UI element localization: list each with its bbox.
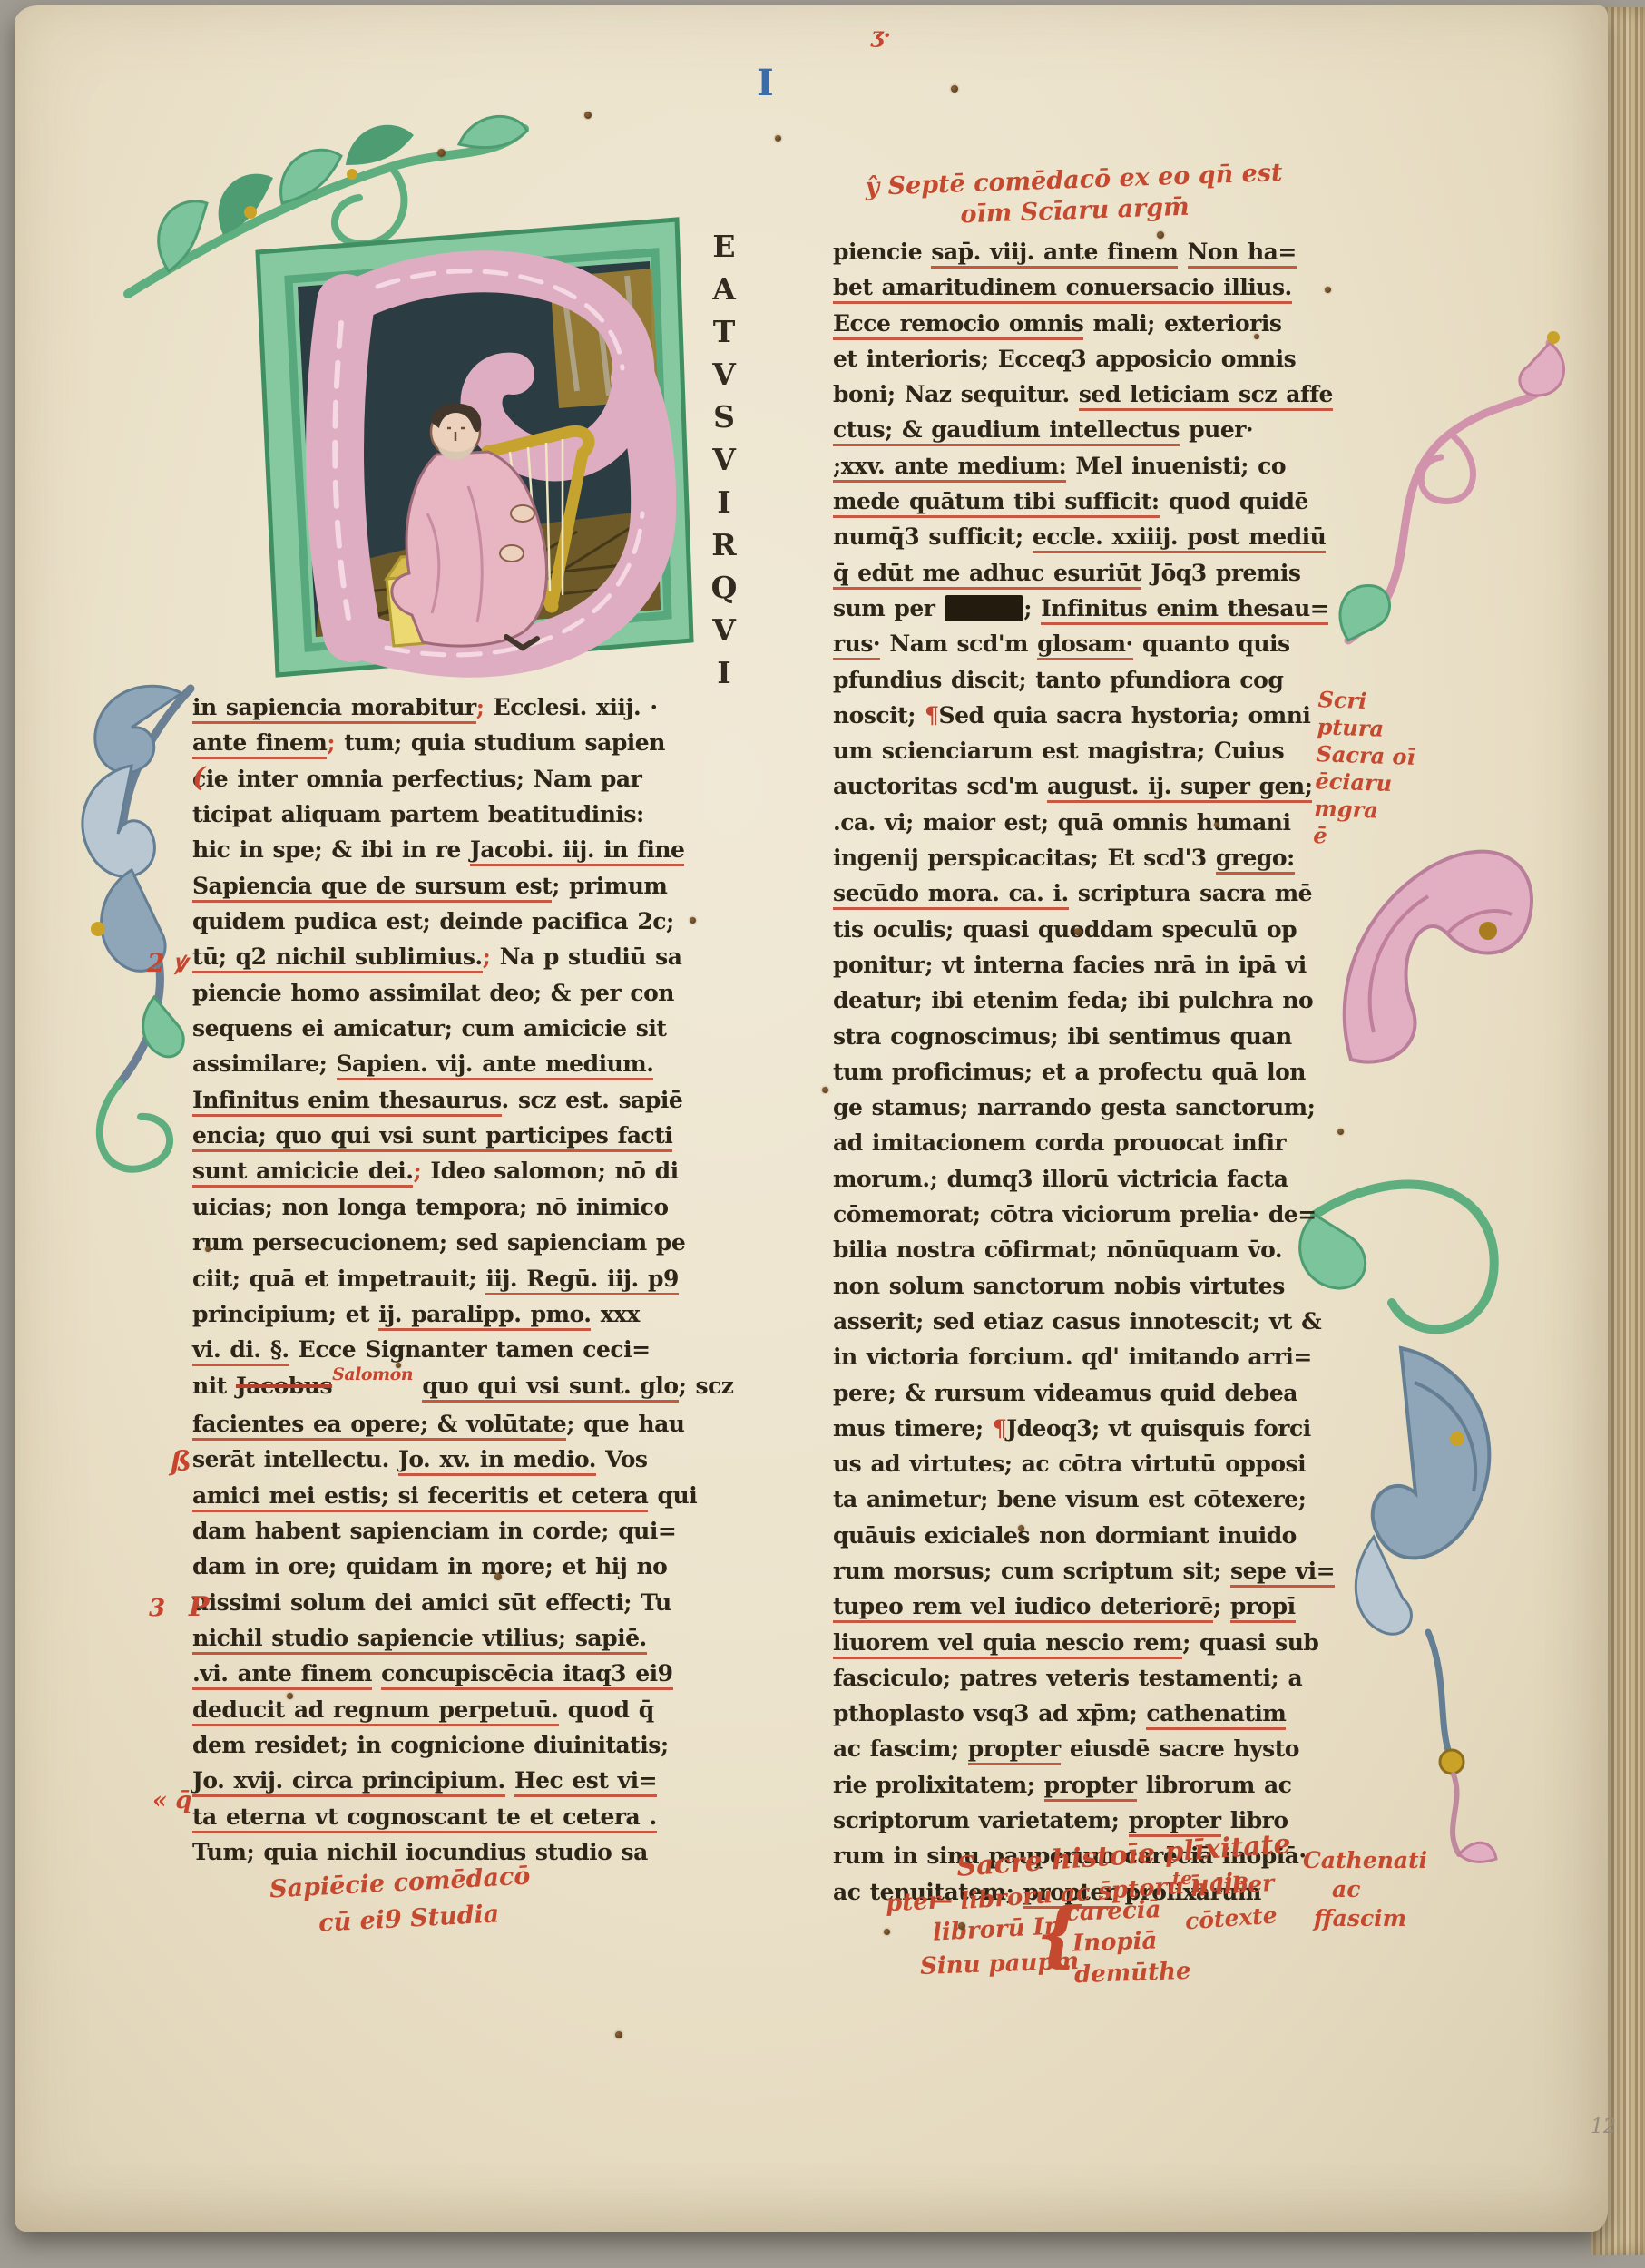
- text-line: et interioris; Ecceq3 apposicio omnis: [833, 341, 1386, 376]
- text-line: dem residet; in cognicione diuinitatis;: [192, 1727, 746, 1763]
- text-line: boni; Naz sequitur. sed leticiam scz aff…: [833, 376, 1386, 412]
- text-line: bilia nostra cōfirmat; nōnūquam v̄o.: [833, 1232, 1386, 1267]
- text-line: deducit ad regnum perpetuū. quod q̄: [192, 1692, 746, 1727]
- vertical-letter: A: [700, 268, 748, 310]
- margin-note-scriptura: Scri ptura Sacra oī ēciaru mgra ē: [1313, 686, 1417, 853]
- text-line: encia; quo qui vsi sunt participes facti: [192, 1118, 746, 1153]
- text-line: asserit; sed etiaz casus innotescit; vt …: [833, 1304, 1386, 1339]
- margin-note-line: ēciaru: [1315, 767, 1415, 798]
- wormhole-dot: [690, 917, 696, 924]
- wormhole-dot: [1018, 1525, 1024, 1531]
- text-line: piencie homo assimilat deo; & per con: [192, 975, 746, 1011]
- text-line: ta eterna vt cognoscant te et cetera .: [192, 1799, 746, 1834]
- margin-rubric-mark: P: [189, 1591, 210, 1623]
- margin-rubric-mark: (: [192, 762, 205, 794]
- folio-number: I: [757, 62, 774, 104]
- text-line: ctus; & gaudium intellectus puer·: [833, 412, 1386, 447]
- wormhole-dot: [1337, 1129, 1344, 1135]
- margin-note-line: ptura: [1317, 713, 1416, 744]
- text-line: tum proficimus; et a profectu quā lon: [833, 1054, 1386, 1090]
- wormhole-dot: [1214, 822, 1219, 827]
- vertical-letter: Q: [700, 566, 748, 609]
- text-line: scriptorum varietatem; propter libro: [833, 1803, 1386, 1838]
- margin-rubric-mark: ß: [171, 1446, 191, 1478]
- wormhole-dot: [884, 1929, 890, 1935]
- text-line: ingenij perspicacitas; Et scd'3 grego:: [833, 840, 1386, 875]
- vertical-letter: V: [700, 353, 748, 396]
- margin-note-sapiencie: Sapiēcie comēdacō cū ei9 Studia: [269, 1859, 533, 1945]
- wormhole-dot: [437, 149, 446, 157]
- text-line: ge stamus; narrando gesta sanctorum;: [833, 1090, 1386, 1125]
- text-line: Sapiencia que de sursum est; primum: [192, 868, 746, 904]
- text-line: tis oculis; quasi quoddam speculū op: [833, 912, 1386, 947]
- wormhole-dot: [1157, 231, 1164, 239]
- bottom-margin-note: ac: [1332, 1876, 1360, 1902]
- text-line: liuorem vel quia nescio rem; quasi sub: [833, 1625, 1386, 1660]
- margin-rubric-mark: 3: [149, 1595, 165, 1622]
- text-line: mede quātum tibi sufficit: quod quidē: [833, 484, 1386, 519]
- text-line: quidem pudica est; deinde pacifica 2c;: [192, 904, 746, 939]
- text-line: amici mei estis; si feceritis et cetera …: [192, 1478, 746, 1513]
- text-line: tupeo rem vel iudico deteriorē; propī: [833, 1589, 1386, 1624]
- wormhole-dot: [615, 2031, 622, 2038]
- text-line: pere; & rursum videamus quid debea: [833, 1375, 1386, 1411]
- left-text-column: in sapiencia morabitur; Ecclesi. xiij. ·…: [192, 689, 746, 1870]
- text-line: ;xxv. ante medium: Mel inuenisti; co: [833, 448, 1386, 484]
- margin-rubric-mark: ʒ·: [871, 22, 891, 48]
- text-line: uissimi solum dei amici sūt effecti; Tu: [192, 1585, 746, 1620]
- text-line: stra cognoscimus; ibi sentimus quan: [833, 1019, 1386, 1054]
- wormhole-dot: [287, 1693, 293, 1699]
- bottom-margin-note: cōtexte: [1184, 1901, 1278, 1934]
- text-line: ponitur; vt interna facies nrā in ipā vi: [833, 947, 1386, 982]
- wormhole-dot: [951, 85, 958, 93]
- text-line: piencie sap̄. viij. ante finem Non ha=: [833, 234, 1386, 269]
- margin-note-line: Sacra oī: [1316, 740, 1415, 771]
- initial-miniature-icon: [250, 214, 704, 686]
- text-line: sum per Saloēz; Infinitus enim thesau=: [833, 591, 1386, 626]
- initial-vertical-letters: EATVSVIRQVI: [700, 225, 748, 694]
- text-line: ad imitacionem corda prouocat infir: [833, 1125, 1386, 1160]
- vertical-letter: T: [700, 310, 748, 353]
- margin-note-line: Scri: [1317, 686, 1417, 717]
- text-line: serāt intellectu. Jo. xv. in medio. Vos: [192, 1442, 746, 1477]
- vertical-letter: I: [700, 481, 748, 523]
- text-line: morum.; dumq3 illorū victricia facta: [833, 1161, 1386, 1197]
- bottom-margin-note: Inopiā: [1072, 1927, 1158, 1957]
- text-line: rus· Nam scd'm glosam· quanto quis: [833, 626, 1386, 661]
- text-line: ta animetur; bene visum est cōtexere;: [833, 1481, 1386, 1517]
- margin-note-line: ē: [1313, 822, 1413, 853]
- vertical-letter: I: [700, 651, 748, 694]
- text-line: tū; q2 nichil sublimius.; Na p studiū sa: [192, 939, 746, 974]
- text-line: rum persecucionem; sed sapienciam pe: [192, 1225, 746, 1260]
- text-line: non solum sanctorum nobis virtutes: [833, 1268, 1386, 1304]
- text-line: hic in spe; & ibi in re Jacobi. iij. in …: [192, 832, 746, 867]
- wormhole-dot: [494, 1573, 502, 1580]
- text-line: in sapiencia morabitur; Ecclesi. xiij. ·: [192, 689, 746, 725]
- text-line: in victoria forcium. qd' imitando arri=: [833, 1339, 1386, 1374]
- text-line: rum morsus; cum scriptum sit; sepe vi=: [833, 1553, 1386, 1589]
- text-line: principium; et ij. paralipp. pmo. xxx: [192, 1296, 746, 1332]
- text-line: bet amaritudinem conuersacio illius.: [833, 269, 1386, 305]
- right-text-column: piencie sap̄. viij. ante finem Non ha=be…: [833, 234, 1386, 1910]
- text-line: pfundius discit; tanto pfundiora cog: [833, 662, 1386, 698]
- text-line: .vi. ante finem concupiscēcia itaq3 ei9: [192, 1656, 746, 1691]
- text-line: ac fascim; propter eiusdē sacre hysto: [833, 1731, 1386, 1766]
- text-line: dam habent sapienciam in corde; qui=: [192, 1513, 746, 1549]
- wormhole-dot: [822, 1087, 828, 1093]
- text-line: rie prolixitatem; propter librorum ac: [833, 1767, 1386, 1803]
- wormhole-dot: [396, 1363, 401, 1368]
- text-line: Jo. xvij. circa principium. Hec est vi=: [192, 1763, 746, 1798]
- text-line: numq̄3 sufficit; eccle. xxiiij. post med…: [833, 519, 1386, 554]
- bottom-margin-note: Cathenati: [1303, 1847, 1427, 1873]
- vertical-letter: R: [700, 523, 748, 566]
- manuscript-page: I ŷ Septē comēdacō ex eo qn̄ est oīm Scī…: [15, 5, 1608, 2232]
- text-line: Ecce remocio omnis mali; exterioris: [833, 306, 1386, 341]
- text-line: sunt amicicie dei.; Ideo salomon; nō di: [192, 1153, 746, 1188]
- text-line: auctoritas scd'm august. ij. super gen;: [833, 768, 1386, 804]
- text-line: cie inter omnia perfectius; Nam par: [192, 761, 746, 797]
- wormhole-dot: [1074, 928, 1082, 935]
- bottom-margin-note: —: [929, 1887, 953, 1914]
- text-line: facientes ea opere; & volūtate; que hau: [192, 1406, 746, 1442]
- text-line: uicias; non longa tempora; nō inimico: [192, 1189, 746, 1225]
- text-line: mus timere; ¶Jdeoq3; vt quisquis forci: [833, 1411, 1386, 1446]
- text-line: vi. di. §. Ecce Signanter tamen ceci=: [192, 1332, 746, 1367]
- text-line: nit JacobusSalomon quo qui vsi sunt. glo…: [192, 1368, 746, 1406]
- margin-note-line: mgra: [1314, 795, 1414, 826]
- bottom-margin-note: carēciā: [1065, 1896, 1161, 1927]
- vertical-letter: E: [700, 225, 748, 268]
- vertical-letter: V: [700, 609, 748, 651]
- text-line: .ca. vi; maior est; quā omnis humani: [833, 805, 1386, 840]
- wormhole-dot: [1254, 334, 1259, 339]
- text-line: pthoplasto vsq3 ad xp̄m; cathenatim: [833, 1696, 1386, 1731]
- text-line: us ad virtutes; ac cōtra virtutū opposi: [833, 1446, 1386, 1481]
- wormhole-dot: [584, 112, 592, 119]
- bottom-margin-note: demūthe: [1074, 1958, 1192, 1989]
- text-line: noscit; ¶Sed quia sacra hystoria; omni: [833, 698, 1386, 733]
- text-line: dam in ore; quidam in more; et hij no: [192, 1549, 746, 1584]
- text-line: nichil studio sapiencie vtilius; sapiē.: [192, 1620, 746, 1656]
- margin-rubric-mark: « q̄: [152, 1787, 191, 1814]
- text-line: secūdo mora. ca. i. scriptura sacra mē: [833, 875, 1386, 911]
- margin-rubric-mark: 2 ꝟ: [147, 945, 186, 980]
- bottom-margin-note: ffascim: [1314, 1905, 1406, 1931]
- vertical-letter: S: [700, 396, 748, 438]
- wormhole-dot: [958, 1922, 965, 1930]
- text-line: Infinitus enim thesaurus. scz est. sapiē: [192, 1082, 746, 1118]
- text-line: q̄ edūt me adhuc esuriūt Jōq3 premis: [833, 555, 1386, 591]
- text-line: sequens ei amicatur; cum amicicie sit: [192, 1011, 746, 1046]
- text-line: fasciculo; patres veteris testamenti; a: [833, 1660, 1386, 1696]
- text-line: um scienciarum est magistra; Cuius: [833, 733, 1386, 768]
- historiated-initial: [250, 214, 704, 686]
- vertical-letter: V: [700, 438, 748, 481]
- wormhole-dot: [775, 135, 781, 142]
- pencil-folio-mark: 12: [1591, 2116, 1616, 2138]
- text-line: ciit; quā et impetrauit; iij. Regū. iij.…: [192, 1261, 746, 1296]
- text-line: ante finem; tum; quia studium sapien: [192, 725, 746, 760]
- text-line: assimilare; Sapien. vij. ante medium.: [192, 1046, 746, 1081]
- wormhole-dot: [205, 1246, 211, 1252]
- text-line: ticipat aliquam partem beatitudinis:: [192, 797, 746, 832]
- text-line: quāuis exiciales non dormiant inuido: [833, 1518, 1386, 1553]
- text-line: deatur; ibi etenim feda; ibi pulchra no: [833, 982, 1386, 1018]
- wormhole-dot: [1325, 287, 1331, 293]
- text-line: cōmemorat; cōtra viciorum prelia· de=: [833, 1197, 1386, 1232]
- rubric-header-note: ŷ Septē comēdacō ex eo qn̄ est oīm Scīar…: [865, 158, 1284, 234]
